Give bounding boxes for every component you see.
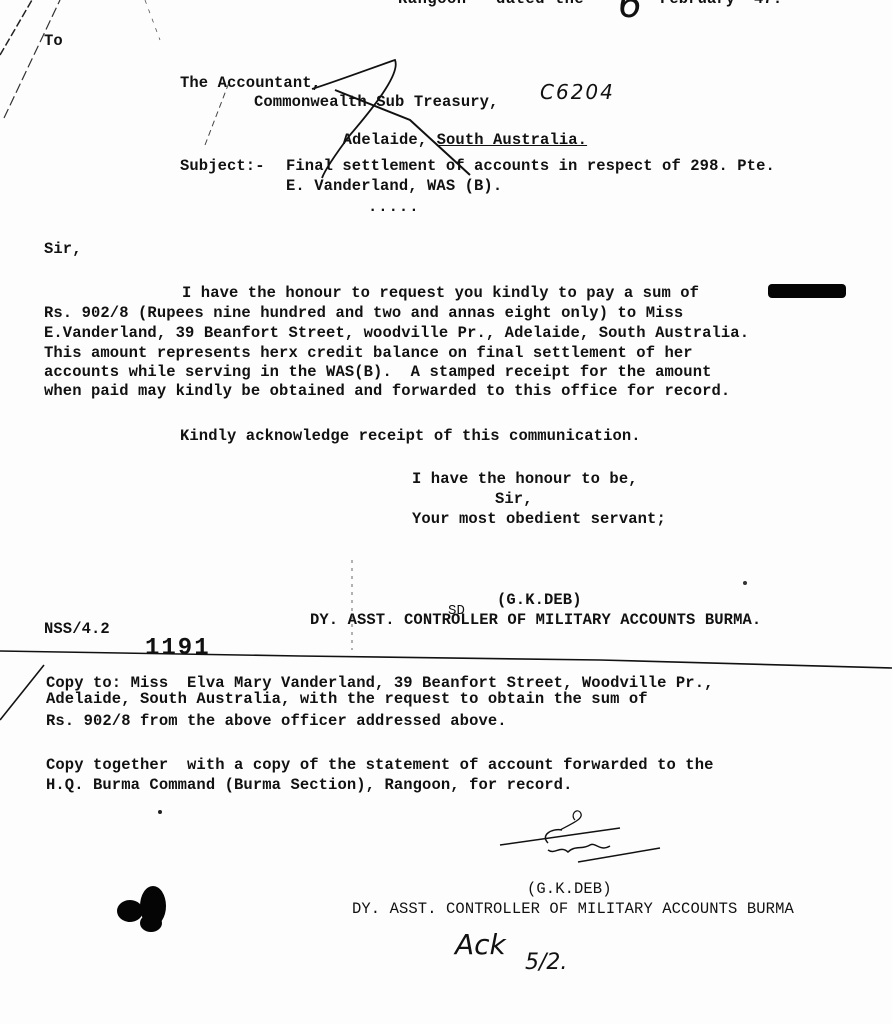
handwritten-file-ref: C6204: [540, 80, 615, 104]
body-line-1: I have the honour to request you kindly …: [182, 284, 699, 302]
handwritten-day: 6: [618, 0, 642, 26]
copy-together-line-2: H.Q. Burma Command (Burma Section), Rang…: [46, 776, 572, 794]
handwritten-ack-date: 5/2.: [525, 950, 567, 975]
recipient-region: South Australia.: [437, 131, 587, 149]
body-line-4: This amount represents herx credit balan…: [44, 344, 693, 362]
closing-line-3: Your most obedient servant;: [412, 510, 666, 528]
body-line-5: accounts while serving in the WAS(B). A …: [44, 363, 712, 381]
reference-number: NSS/4.2: [44, 620, 110, 638]
copy-to-line-2: Adelaide, South Australia, with the requ…: [46, 690, 648, 708]
signatory-name-2: (G.K.DEB): [527, 880, 612, 898]
to-label: To: [44, 32, 63, 50]
recipient-title: The Accountant,: [180, 74, 321, 92]
body-line-2: Rs. 902/8 (Rupees nine hundred and two a…: [44, 304, 683, 322]
signatory-title-1: DY. ASST. CONTROLLER OF MILITARY ACCOUNT…: [310, 611, 761, 629]
handwritten-ack: Ack: [455, 928, 506, 961]
body-line-6: when paid may kindly be obtained and for…: [44, 382, 730, 400]
handwritten-number: 1191: [145, 636, 211, 662]
salutation: Sir,: [44, 240, 82, 258]
subject-separator: .....: [368, 198, 420, 216]
signatory-title-2: DY. ASST. CONTROLLER OF MILITARY ACCOUNT…: [352, 900, 794, 918]
closing-line-2: Sir,: [495, 490, 533, 508]
subject-label: Subject:-: [180, 157, 265, 175]
recipient-city: Adelaide,: [343, 131, 437, 149]
closing-line-1: I have the honour to be,: [412, 470, 638, 488]
recipient-org: Commonwealth Sub Treasury,: [254, 93, 498, 111]
document-page: Rangoon dated the 6 February 47. To The …: [0, 0, 892, 1024]
date-line: Rangoon dated the: [398, 0, 584, 8]
subject-line-2: E. Vanderland, WAS (B).: [286, 177, 502, 195]
signatory-name-1: (G.K.DEB): [497, 591, 582, 609]
date-month-year: February 47.: [660, 0, 782, 8]
copy-to-line-3: Rs. 902/8 from the above officer address…: [46, 712, 507, 730]
acknowledge-request: Kindly acknowledge receipt of this commu…: [180, 427, 641, 445]
ink-blot: [140, 914, 162, 932]
copy-together-line-1: Copy together with a copy of the stateme…: [46, 756, 714, 774]
redaction-mark: [768, 284, 846, 298]
body-line-3: E.Vanderland, 39 Beanfort Street, woodvi…: [44, 324, 749, 342]
subject-line-1: Final settlement of accounts in respect …: [286, 157, 775, 175]
